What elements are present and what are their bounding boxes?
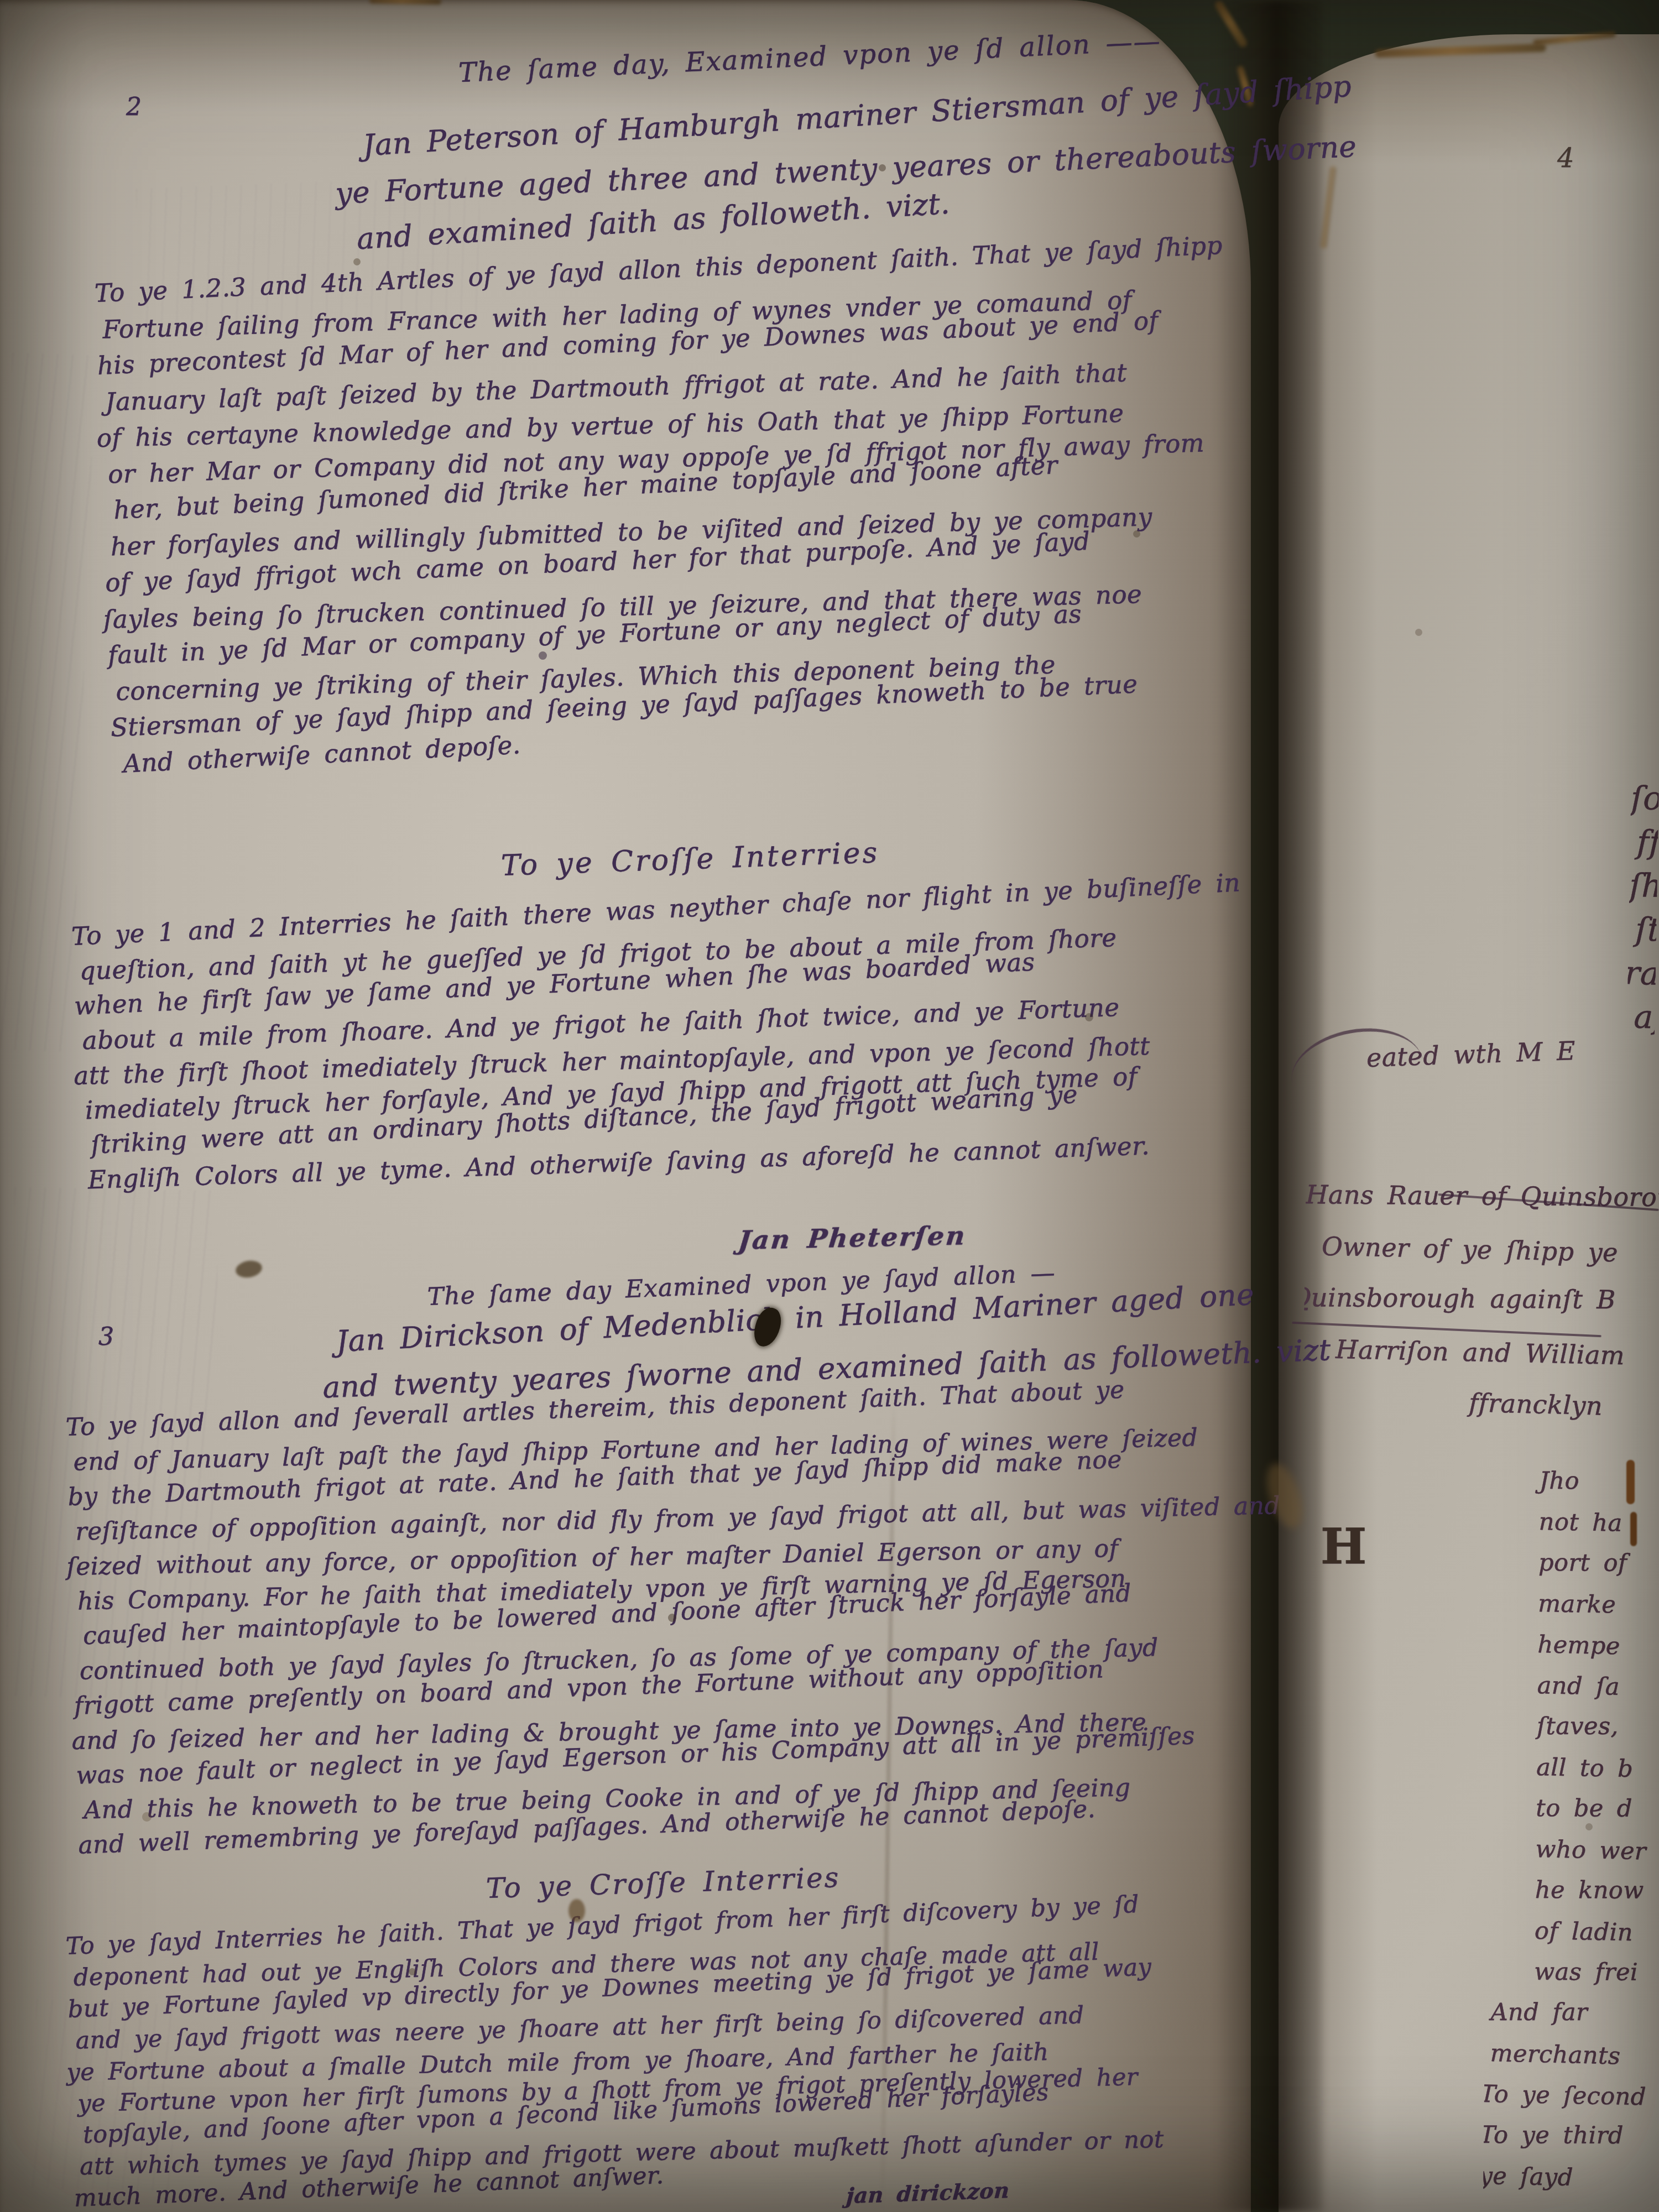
fragment-line: ff — [1636, 820, 1658, 864]
fragment-line: of ladin — [1534, 1911, 1654, 1954]
fragment-line: not ha — [1538, 1501, 1658, 1545]
margin-number-2: 2 — [126, 93, 142, 121]
clipped-margin-column: Jhonot haport ofmarkehempeand ſaſtaves,a… — [1483, 1460, 1659, 2198]
fragment-line: Jho — [1539, 1460, 1658, 1502]
fragment-line: To ye ſecond — [1483, 2074, 1653, 2118]
fragment-line: and ſa — [1537, 1665, 1657, 1708]
edge-stain — [1630, 1512, 1637, 1546]
caption-line: ffrancklyn — [1468, 1377, 1657, 1431]
fragment-line: to be d — [1536, 1788, 1655, 1829]
clipped-line-fragments: ſoffſhſtaraaff — [1627, 776, 1659, 1039]
letter-h-mark: H — [1321, 1517, 1366, 1575]
fragment-line: ra — [1627, 951, 1656, 996]
fragment-line: ye ſayd — [1483, 2156, 1652, 2198]
deponent-2-answer: To ye ſayd allon and ſeverall artles the… — [65, 1374, 1290, 1863]
fragment-line: ſh — [1629, 864, 1657, 908]
fragment-line: port of — [1538, 1542, 1658, 1584]
fragment-line: ſta — [1635, 907, 1657, 952]
fragment-line: merchants — [1490, 2033, 1653, 2078]
manuscript-photo: The ſame day, Examined vpon ye ſd allon … — [0, 0, 1659, 2212]
fragment-line: To ye third — [1483, 2115, 1652, 2156]
fragment-line: ſo — [1631, 776, 1659, 821]
fragment-line: aff — [1633, 995, 1655, 1039]
fragment-line: ſtaves, — [1537, 1706, 1656, 1747]
deponent-1-answer: To ye 1.2.3 and 4th Artles of ye ſayd al… — [94, 234, 1241, 782]
deponent-2-cross-answer: To ye ſayd Interries he ſaith. That ye ſ… — [65, 1895, 1165, 2212]
ink-blot — [568, 1899, 585, 1922]
fragment-line: who wer — [1535, 1829, 1656, 1872]
fragment-line: And far — [1491, 1992, 1653, 2033]
paper-specks — [0, 0, 4, 4]
fragment-line: was frei — [1534, 1952, 1653, 1993]
fragment-line: marke — [1538, 1583, 1658, 1626]
fragment-line: he know — [1535, 1870, 1655, 1911]
caption-line: Owner of ye ſhipp ye — [1321, 1220, 1659, 1279]
margin-number-3: 3 — [98, 1323, 114, 1351]
case-caption-block: Hans Rauer of QuinsborouOwner of ye ſhip… — [1303, 1169, 1659, 1431]
deponent-1-signature: Jan Pheterſen — [737, 1220, 968, 1256]
fragment-line: hempe — [1537, 1624, 1658, 1668]
fragment-line: all to b — [1536, 1747, 1656, 1790]
edge-stain — [1626, 1460, 1635, 1504]
folio-number-4: 4 — [1557, 143, 1574, 174]
caption-line: Quinsborough againſt B — [1303, 1272, 1659, 1326]
deponent-1-cross-answer: To ye 1 and 2 Interries he ſaith there w… — [71, 872, 1251, 1198]
